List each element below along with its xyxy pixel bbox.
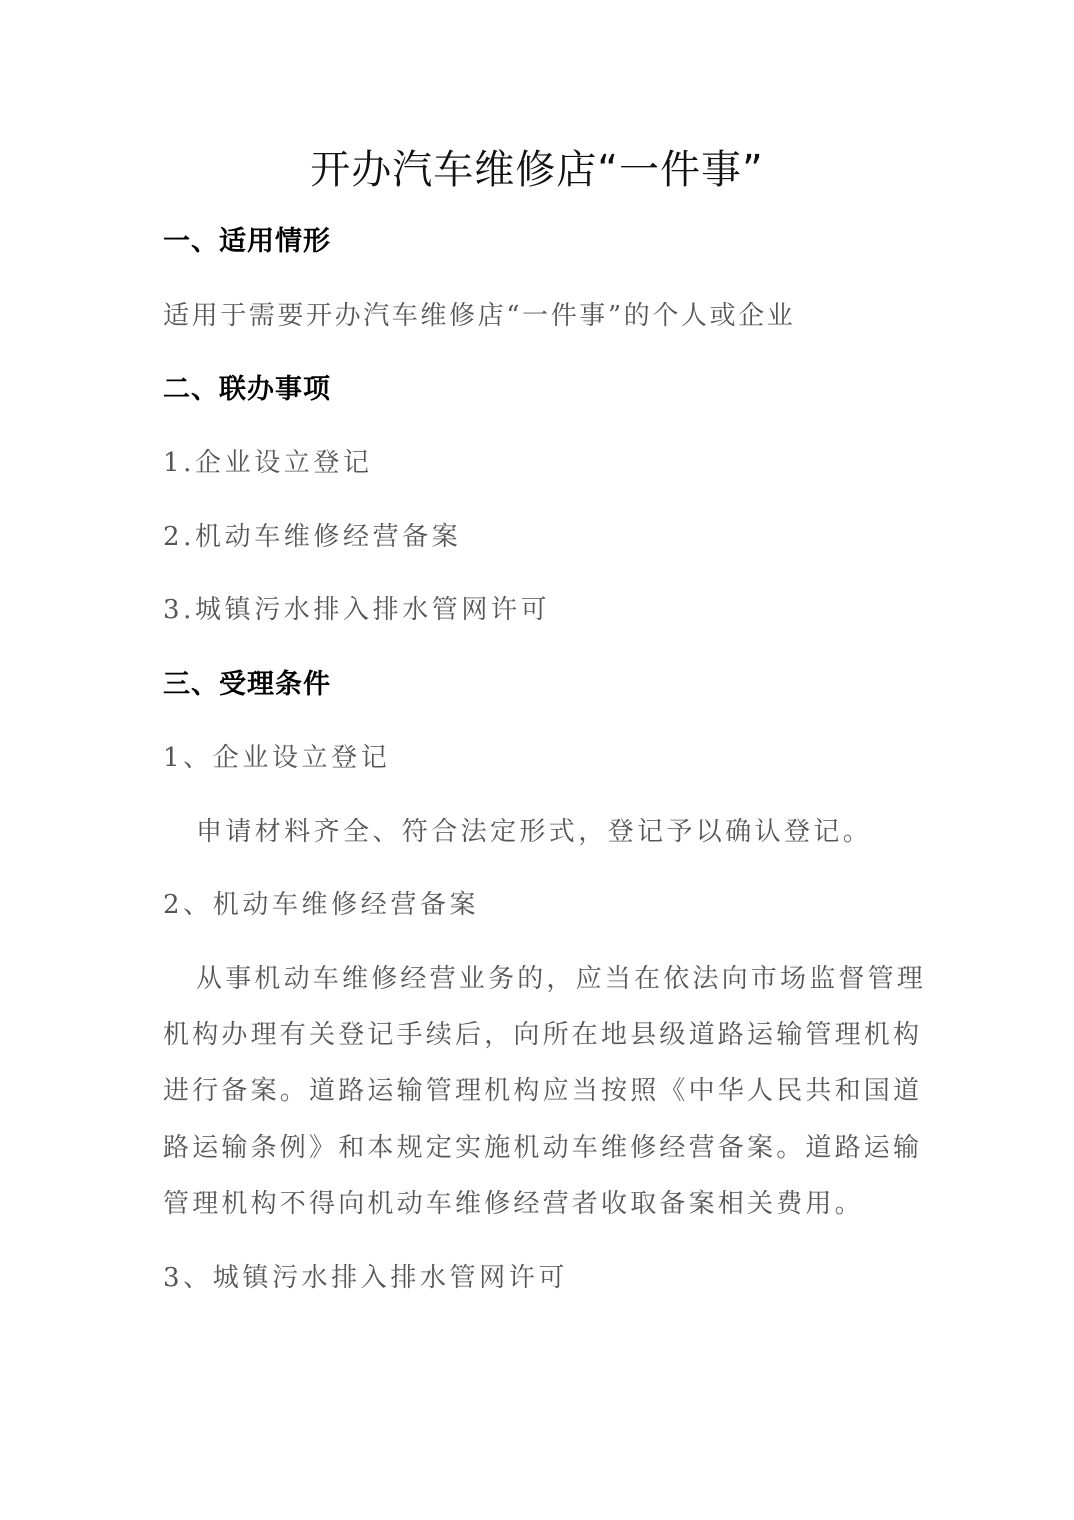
- joint-item-2: 2.机动车维修经营备案: [163, 519, 461, 555]
- joint-item-3: 3.城镇污水排入排水管网许可: [163, 592, 550, 628]
- section-heading-acceptance-conditions: 三、受理条件: [163, 667, 331, 703]
- section-heading-joint-items: 二、联办事项: [163, 372, 331, 408]
- condition-text-2-line-2: 机构办理有关登记手续后，向所在地县级道路运输管理机构: [163, 1017, 913, 1053]
- document-page: 开办汽车维修店“一件事” 一、适用情形 适用于需要开办汽车维修店“一件事”的个人…: [0, 0, 1074, 1520]
- condition-label-3: 3、城镇污水排入排水管网许可: [163, 1260, 568, 1296]
- condition-text-2-line-5: 管理机构不得向机动车维修经营者收取备案相关费用。: [163, 1186, 913, 1222]
- section-heading-applicable-situation: 一、适用情形: [163, 224, 331, 260]
- condition-label-1: 1、企业设立登记: [163, 740, 390, 776]
- condition-label-2: 2、机动车维修经营备案: [163, 887, 479, 923]
- document-title: 开办汽车维修店“一件事”: [0, 142, 1074, 198]
- condition-text-1: 申请材料齐全、符合法定形式，登记予以确认登记。: [196, 814, 872, 850]
- condition-text-2-line-4: 路运输条例》和本规定实施机动车维修经营备案。道路运输: [163, 1130, 913, 1166]
- section-body-applicable-situation: 适用于需要开办汽车维修店“一件事”的个人或企业: [163, 298, 795, 334]
- condition-text-2-line-1: 从事机动车维修经营业务的，应当在依法向市场监督管理: [196, 961, 946, 997]
- joint-item-1: 1.企业设立登记: [163, 445, 373, 481]
- condition-text-2-line-3: 进行备案。道路运输管理机构应当按照《中华人民共和国道: [163, 1073, 913, 1109]
